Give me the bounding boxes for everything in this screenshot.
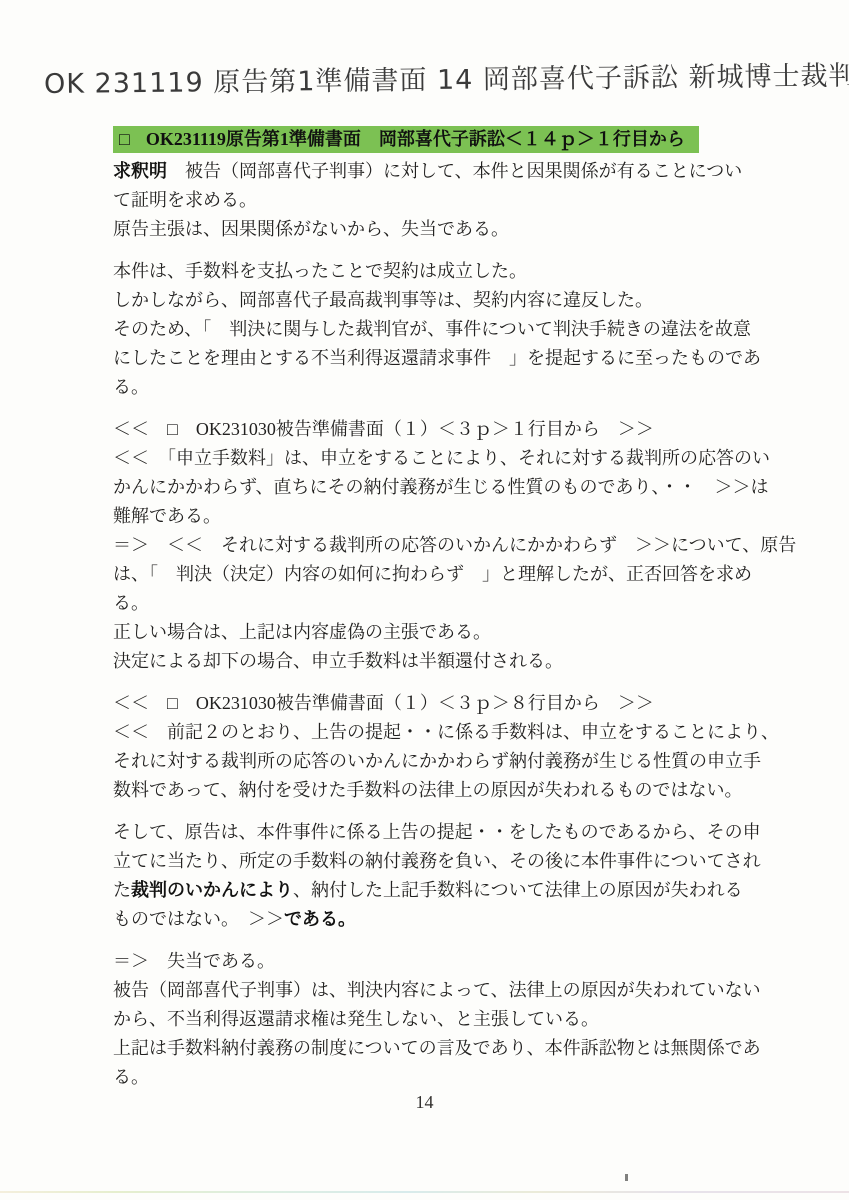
page-number: 14 [0,1092,849,1113]
text-line: 求釈明 被告（岡部喜代子判事）に対して、本件と因果関係が有ることについ [113,157,773,186]
text-line: る。 [113,373,773,402]
handwritten-annotation: OK 231119 原告第1準備書面 14 岡部喜代子訴訟 新城博士裁判官 [44,54,814,101]
document-body: 求釈明 被告（岡部喜代子判事）に対して、本件と因果関係が有ることについて証明を求… [113,157,773,1092]
text-line: 数料であって、納付を受けた手数料の法律上の原因が失われるものではない。 [113,776,773,805]
scanned-page: OK 231119 原告第1準備書面 14 岡部喜代子訴訟 新城博士裁判官 □O… [0,0,849,1200]
text-line: は、「 判決（決定）内容の如何に拘わらず 」と理解したが、正否回答を求め [113,560,773,589]
text-line: ＝＞ 失当である。 [113,947,773,976]
text-line: 被告（岡部喜代子判事）は、判決内容によって、法律上の原因が失われていない [113,976,773,1005]
text-line: 正しい場合は、上記は内容虚偽の主張である。 [113,618,773,647]
text-line: から、不当利得返還請求権は発生しない、と主張している。 [113,1005,773,1034]
checkbox-glyph: □ [119,129,130,149]
text-line: 難解である。 [113,502,773,531]
text-line: ＝＞ ＜＜ それに対する裁判所の応答のいかんにかかわらず ＞＞について、原告 [113,531,773,560]
text-line: 決定による却下の場合、申立手数料は半額還付される。 [113,647,773,676]
text-line: ＜＜ □ OK231030被告準備書面（１）＜３ｐ＞８行目から ＞＞ [113,689,773,718]
paragraph-gap [113,805,773,818]
paragraph-gap [113,676,773,689]
text-line: そのため、「 判決に関与した裁判官が、事件について判決手続きの違法を故意 [113,315,773,344]
document-content: □OK231119原告第1準備書面 岡部喜代子訴訟＜１４ｐ＞１行目から 求釈明 … [113,126,773,1092]
text-line: 立てに当たり、所定の手数料の納付義務を負い、その後に本件事件についてされ [113,847,773,876]
text-line: にしたことを理由とする不当利得返還請求事件 」を提起するに至ったものであ [113,344,773,373]
scan-artifact-line [0,1191,849,1193]
scan-speck [625,1174,628,1181]
text-line: そして、原告は、本件事件に係る上告の提起・・をしたものであるから、その申 [113,818,773,847]
paragraph-gap [113,402,773,415]
section-heading-highlight: □OK231119原告第1準備書面 岡部喜代子訴訟＜１４ｐ＞１行目から [113,126,699,153]
text-line: それに対する裁判所の応答のいかんにかかわらず納付義務が生じる性質の申立手 [113,747,773,776]
text-line: た裁判のいかんにより、納付した上記手数料について法律上の原因が失われる [113,876,773,905]
text-line: かんにかかわらず、直ちにその納付義務が生じる性質のものであり、・・ ＞＞は [113,473,773,502]
text-line: 本件は、手数料を支払ったことで契約は成立した。 [113,257,773,286]
text-line: 上記は手数料納付義務の制度についての言及であり、本件訴訟物とは無関係であ [113,1034,773,1063]
paragraph-gap [113,244,773,257]
text-line: て証明を求める。 [113,186,773,215]
heading-text: OK231119原告第1準備書面 岡部喜代子訴訟＜１４ｐ＞１行目から [146,129,685,149]
text-line: ＜＜ 「申立手数料」は、申立をすることにより、それに対する裁判所の応答のい [113,444,773,473]
text-line: る。 [113,1063,773,1092]
text-line: しかしながら、岡部喜代子最高裁判事等は、契約内容に違反した。 [113,286,773,315]
text-line: ＜＜ □ OK231030被告準備書面（１）＜３ｐ＞１行目から ＞＞ [113,415,773,444]
text-line: 原告主張は、因果関係がないから、失当である。 [113,215,773,244]
text-line: ＜＜ 前記２のとおり、上告の提起・・に係る手数料は、申立をすることにより、 [113,718,773,747]
paragraph-gap [113,934,773,947]
text-line: る。 [113,589,773,618]
text-line: ものではない。 ＞＞である。 [113,905,773,934]
